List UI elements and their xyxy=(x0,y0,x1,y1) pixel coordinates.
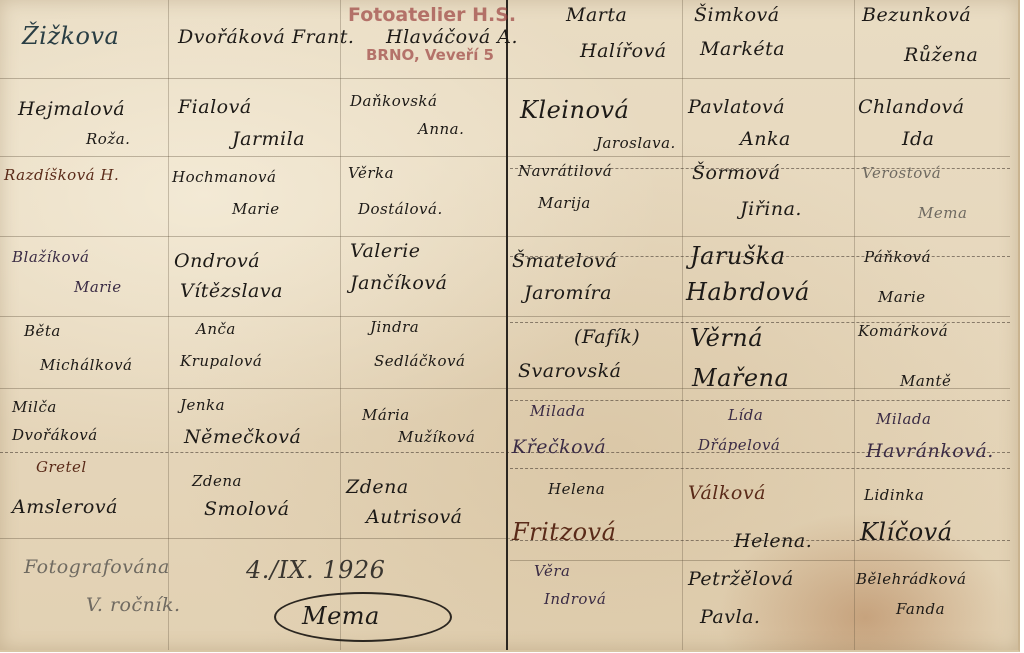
signature: Sedláčková xyxy=(374,352,465,370)
grid-line xyxy=(0,538,510,539)
signature: Anka xyxy=(740,128,791,150)
signature: Mantě xyxy=(900,372,951,390)
signature: Šimková xyxy=(694,4,780,26)
signature: Fanda xyxy=(896,600,945,618)
signature: Autrisová xyxy=(366,506,463,528)
grid-line xyxy=(510,560,1010,561)
signature: Věrná xyxy=(690,324,763,352)
signature: Válková xyxy=(688,482,766,504)
photo-note: Fotografována xyxy=(24,556,170,578)
signature: Helena xyxy=(548,480,605,498)
signature: Halířová xyxy=(580,40,667,62)
signature: Věra xyxy=(534,562,570,580)
signature: Jindra xyxy=(370,318,419,336)
signature: Amslerová xyxy=(12,496,118,518)
center-divider-line xyxy=(506,0,508,650)
signature: Jenka xyxy=(180,396,225,414)
grid-line xyxy=(0,156,1010,157)
signature: Jaromíra xyxy=(524,282,612,304)
signature: Fialová xyxy=(178,96,252,118)
signature: Anča xyxy=(196,320,236,338)
signature: Marie xyxy=(74,278,122,296)
signature: Chlandová xyxy=(858,96,965,118)
grid-line xyxy=(340,0,341,650)
signature: Němečková xyxy=(184,426,301,448)
owner-signature: Mema xyxy=(302,602,380,630)
grid-line xyxy=(682,0,683,650)
signature: Milada xyxy=(530,402,585,420)
signature: Habrdová xyxy=(686,278,810,306)
signature: Dvořáková Frant. xyxy=(178,26,354,48)
signature: Navrátilová xyxy=(518,162,612,180)
signature: Hochmanová xyxy=(172,168,276,186)
signature: Verostová xyxy=(862,164,941,182)
signature: Bělehrádková xyxy=(856,570,967,588)
signature: Fritzová xyxy=(512,518,616,546)
signature: Zdena xyxy=(346,476,409,498)
signature: Mužíková xyxy=(398,428,475,446)
grid-line xyxy=(510,468,1010,469)
signature: Dvořáková xyxy=(12,426,98,444)
signature: Gretel xyxy=(36,458,87,476)
signature: Marija xyxy=(538,194,591,212)
signature: Petržělová xyxy=(688,568,794,590)
signature: Milada xyxy=(876,410,931,428)
signature: Zdena xyxy=(192,472,242,490)
grid-line xyxy=(0,78,1010,79)
signature: Ida xyxy=(902,128,935,150)
signature: Klíčová xyxy=(860,518,953,546)
photo-date: 4./IX. 1926 xyxy=(246,556,385,584)
signature: Dřápelová xyxy=(698,436,780,454)
signature: Valerie xyxy=(350,240,421,262)
signature: Lidinka xyxy=(864,486,924,504)
grid-line xyxy=(168,0,169,650)
signature: Smolová xyxy=(204,498,290,520)
grid-line xyxy=(854,0,855,650)
signature: Markéta xyxy=(700,38,785,60)
signature: Havránková. xyxy=(866,440,994,462)
studio-stamp-line1: Fotoatelier H.S. xyxy=(348,4,516,26)
signature: Indrová xyxy=(544,590,606,608)
signature: Marie xyxy=(878,288,926,306)
signature: (Fafík) xyxy=(574,326,640,348)
signature: Jiřina. xyxy=(740,198,802,220)
signature: Páňková xyxy=(864,248,931,266)
signature: Kleinová xyxy=(520,96,629,124)
signature: Svarovská xyxy=(518,360,621,382)
signature: Hlaváčová A. xyxy=(386,26,518,48)
signature: Lída xyxy=(728,406,763,424)
signature: Jaruška xyxy=(690,242,786,270)
signature: Ondrová xyxy=(174,250,260,272)
signature: Helena. xyxy=(734,530,812,552)
signature: Jarmila xyxy=(232,128,305,150)
grid-line xyxy=(510,400,1010,401)
signature: Anna. xyxy=(418,120,464,138)
signature: Mema xyxy=(918,204,967,222)
signature: Křečková xyxy=(512,436,606,458)
signature: Blažíková xyxy=(12,248,90,266)
signature: Marta xyxy=(566,4,627,26)
signature: Běta xyxy=(24,322,61,340)
signature: Dostálová. xyxy=(358,200,443,218)
signature: Pavlatová xyxy=(688,96,785,118)
signature: Žižkova xyxy=(22,22,119,50)
signature: Razdíšková H. xyxy=(4,166,119,184)
postcard: Fotoatelier H.S. BRNO, Veveří 5 Žižkova … xyxy=(0,0,1020,652)
signature: Šormová xyxy=(692,162,781,184)
signature: Marie xyxy=(232,200,280,218)
signature: Milča xyxy=(12,398,57,416)
grid-line xyxy=(0,452,1010,453)
signature: Jaroslava. xyxy=(596,134,676,152)
studio-stamp-line2: BRNO, Veveří 5 xyxy=(366,46,494,64)
signature: Michálková xyxy=(40,356,133,374)
signature: Komárková xyxy=(858,322,948,340)
signature: Věrka xyxy=(348,164,394,182)
signature: Šmatelová xyxy=(512,250,617,272)
signature: Bezunková xyxy=(862,4,971,26)
signature: Pavla. xyxy=(700,606,760,628)
grid-line xyxy=(0,388,1010,389)
signature: Roža. xyxy=(86,130,130,148)
signature: Mařena xyxy=(692,364,789,392)
class-year-note: V. ročník. xyxy=(86,594,181,616)
signature: Jančíková xyxy=(350,272,447,294)
grid-line xyxy=(0,316,1010,317)
signature: Mária xyxy=(362,406,410,424)
grid-line xyxy=(0,236,1010,237)
signature: Vítězslava xyxy=(180,280,283,302)
signature: Daňkovská xyxy=(350,92,437,110)
signature: Hejmalová xyxy=(18,98,125,120)
signature: Růžena xyxy=(904,44,978,66)
signature: Krupalová xyxy=(180,352,262,370)
